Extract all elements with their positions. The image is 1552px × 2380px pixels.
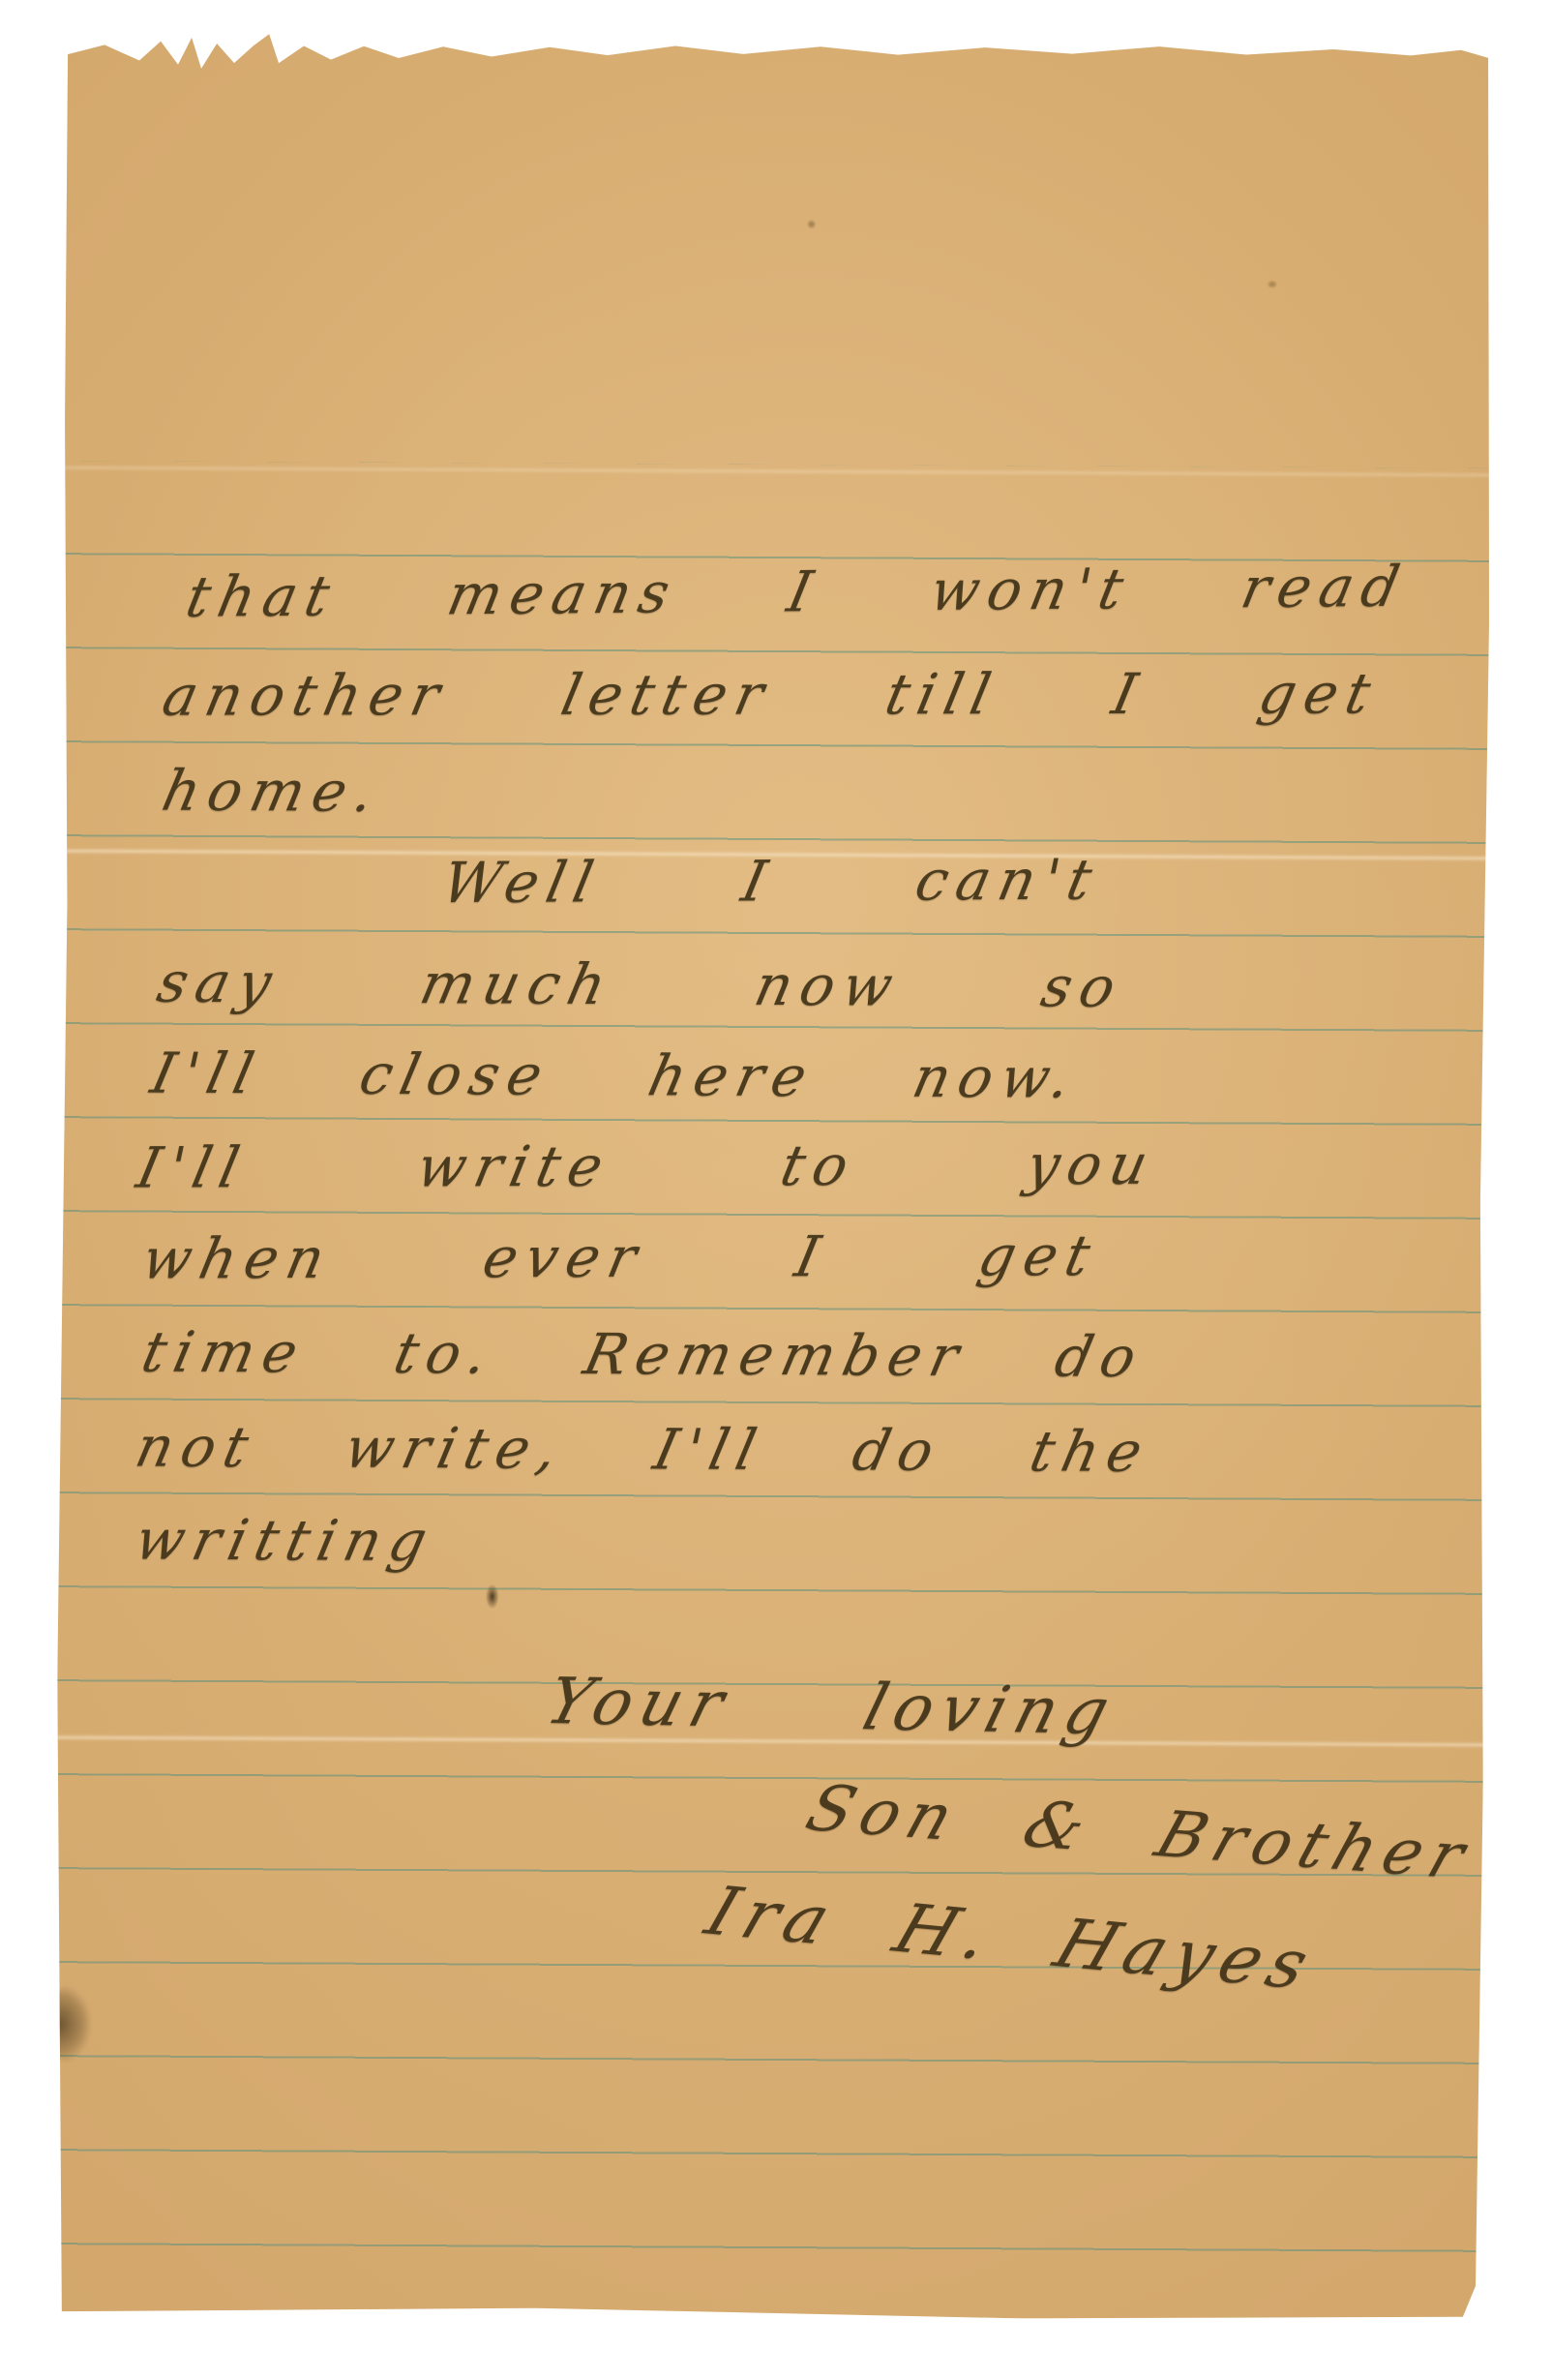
- handwriting-line-1: that means I won't read: [181, 554, 1414, 630]
- paper-speck: [808, 221, 815, 227]
- handwriting-line-9: time to. Remember do: [136, 1319, 1150, 1390]
- handwriting-line-6: I'll close here now.: [145, 1040, 1085, 1111]
- handwriting-line-10: not write, I'll do the: [130, 1414, 1156, 1485]
- handwriting-line-8: when ever I get: [136, 1222, 1104, 1291]
- letter-scan-background: that means I won't read another letter t…: [0, 0, 1552, 2380]
- handwriting-line-2: another letter till I get: [157, 660, 1385, 728]
- closing-line: Your loving: [539, 1664, 1125, 1749]
- handwriting-line-5: say much now so: [152, 949, 1130, 1020]
- handwriting-line-11: writting: [130, 1507, 441, 1575]
- ruled-lines: [52, 461, 1492, 2323]
- handwriting-line-7: I'll write to you: [132, 1131, 1162, 1201]
- edge-stain: [45, 1986, 90, 2062]
- handwriting-line-3: home.: [157, 758, 389, 825]
- handwriting-line-4: Well I can't: [436, 847, 1106, 917]
- ink-blot: [486, 1583, 499, 1609]
- paper-speck: [1268, 282, 1276, 287]
- letter-paper: that means I won't read another letter t…: [52, 33, 1494, 2323]
